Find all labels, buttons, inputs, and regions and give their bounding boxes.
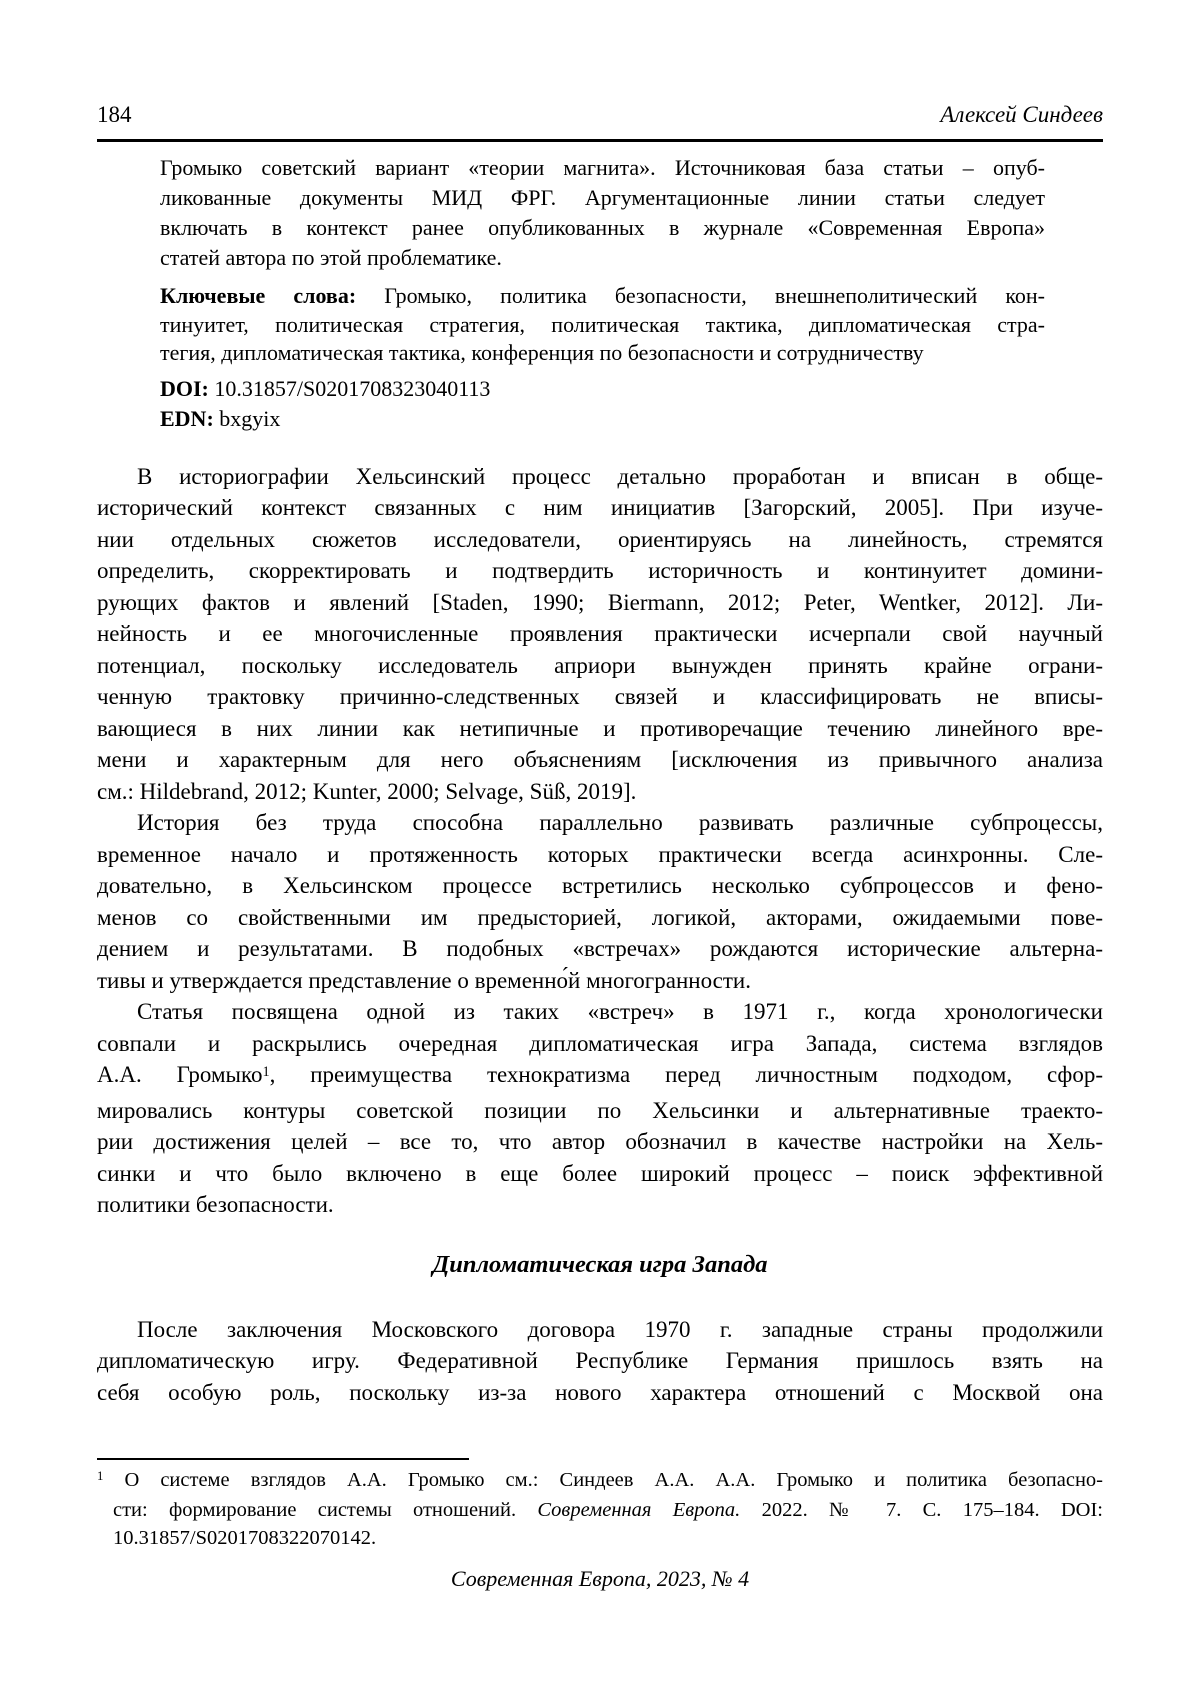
abstract-paragraph: Громыко советский вариант «теории магнит… bbox=[160, 153, 1045, 273]
page-number: 184 bbox=[97, 102, 132, 128]
edn-line: EDN: bxgyix bbox=[160, 404, 1045, 433]
running-header: 184 Алексей Синдеев bbox=[97, 102, 1103, 142]
body-paragraph-3: Статья посвящена одной из таких «встреч»… bbox=[97, 996, 1103, 1221]
footnote-1: 1 О системе взглядов А.А. Громыко см.: С… bbox=[97, 1466, 1103, 1552]
footnote-rule bbox=[97, 1458, 469, 1460]
body-paragraph-4: После заключения Московского договора 19… bbox=[97, 1314, 1103, 1409]
keywords-paragraph: Ключевые слова: Громыко, политика безопа… bbox=[160, 282, 1045, 368]
section-heading: Дипломатическая игра Запада bbox=[97, 1249, 1103, 1281]
article-page: 184 Алексей Синдеев Громыко советский ва… bbox=[0, 0, 1200, 1694]
footnote-block: 1 О системе взглядов А.А. Громыко см.: С… bbox=[97, 1458, 1103, 1552]
body-paragraph-2: История без труда способна параллельно р… bbox=[97, 807, 1103, 996]
article-body: В историографии Хельсинский процесс дета… bbox=[97, 461, 1103, 1409]
running-head-author: Алексей Синдеев bbox=[940, 102, 1103, 128]
doi-line: DOI: 10.31857/S0201708323040113 bbox=[160, 374, 1045, 403]
journal-footer: Современная Европа, 2023, № 4 bbox=[97, 1565, 1103, 1593]
body-paragraph-1: В историографии Хельсинский процесс дета… bbox=[97, 461, 1103, 808]
